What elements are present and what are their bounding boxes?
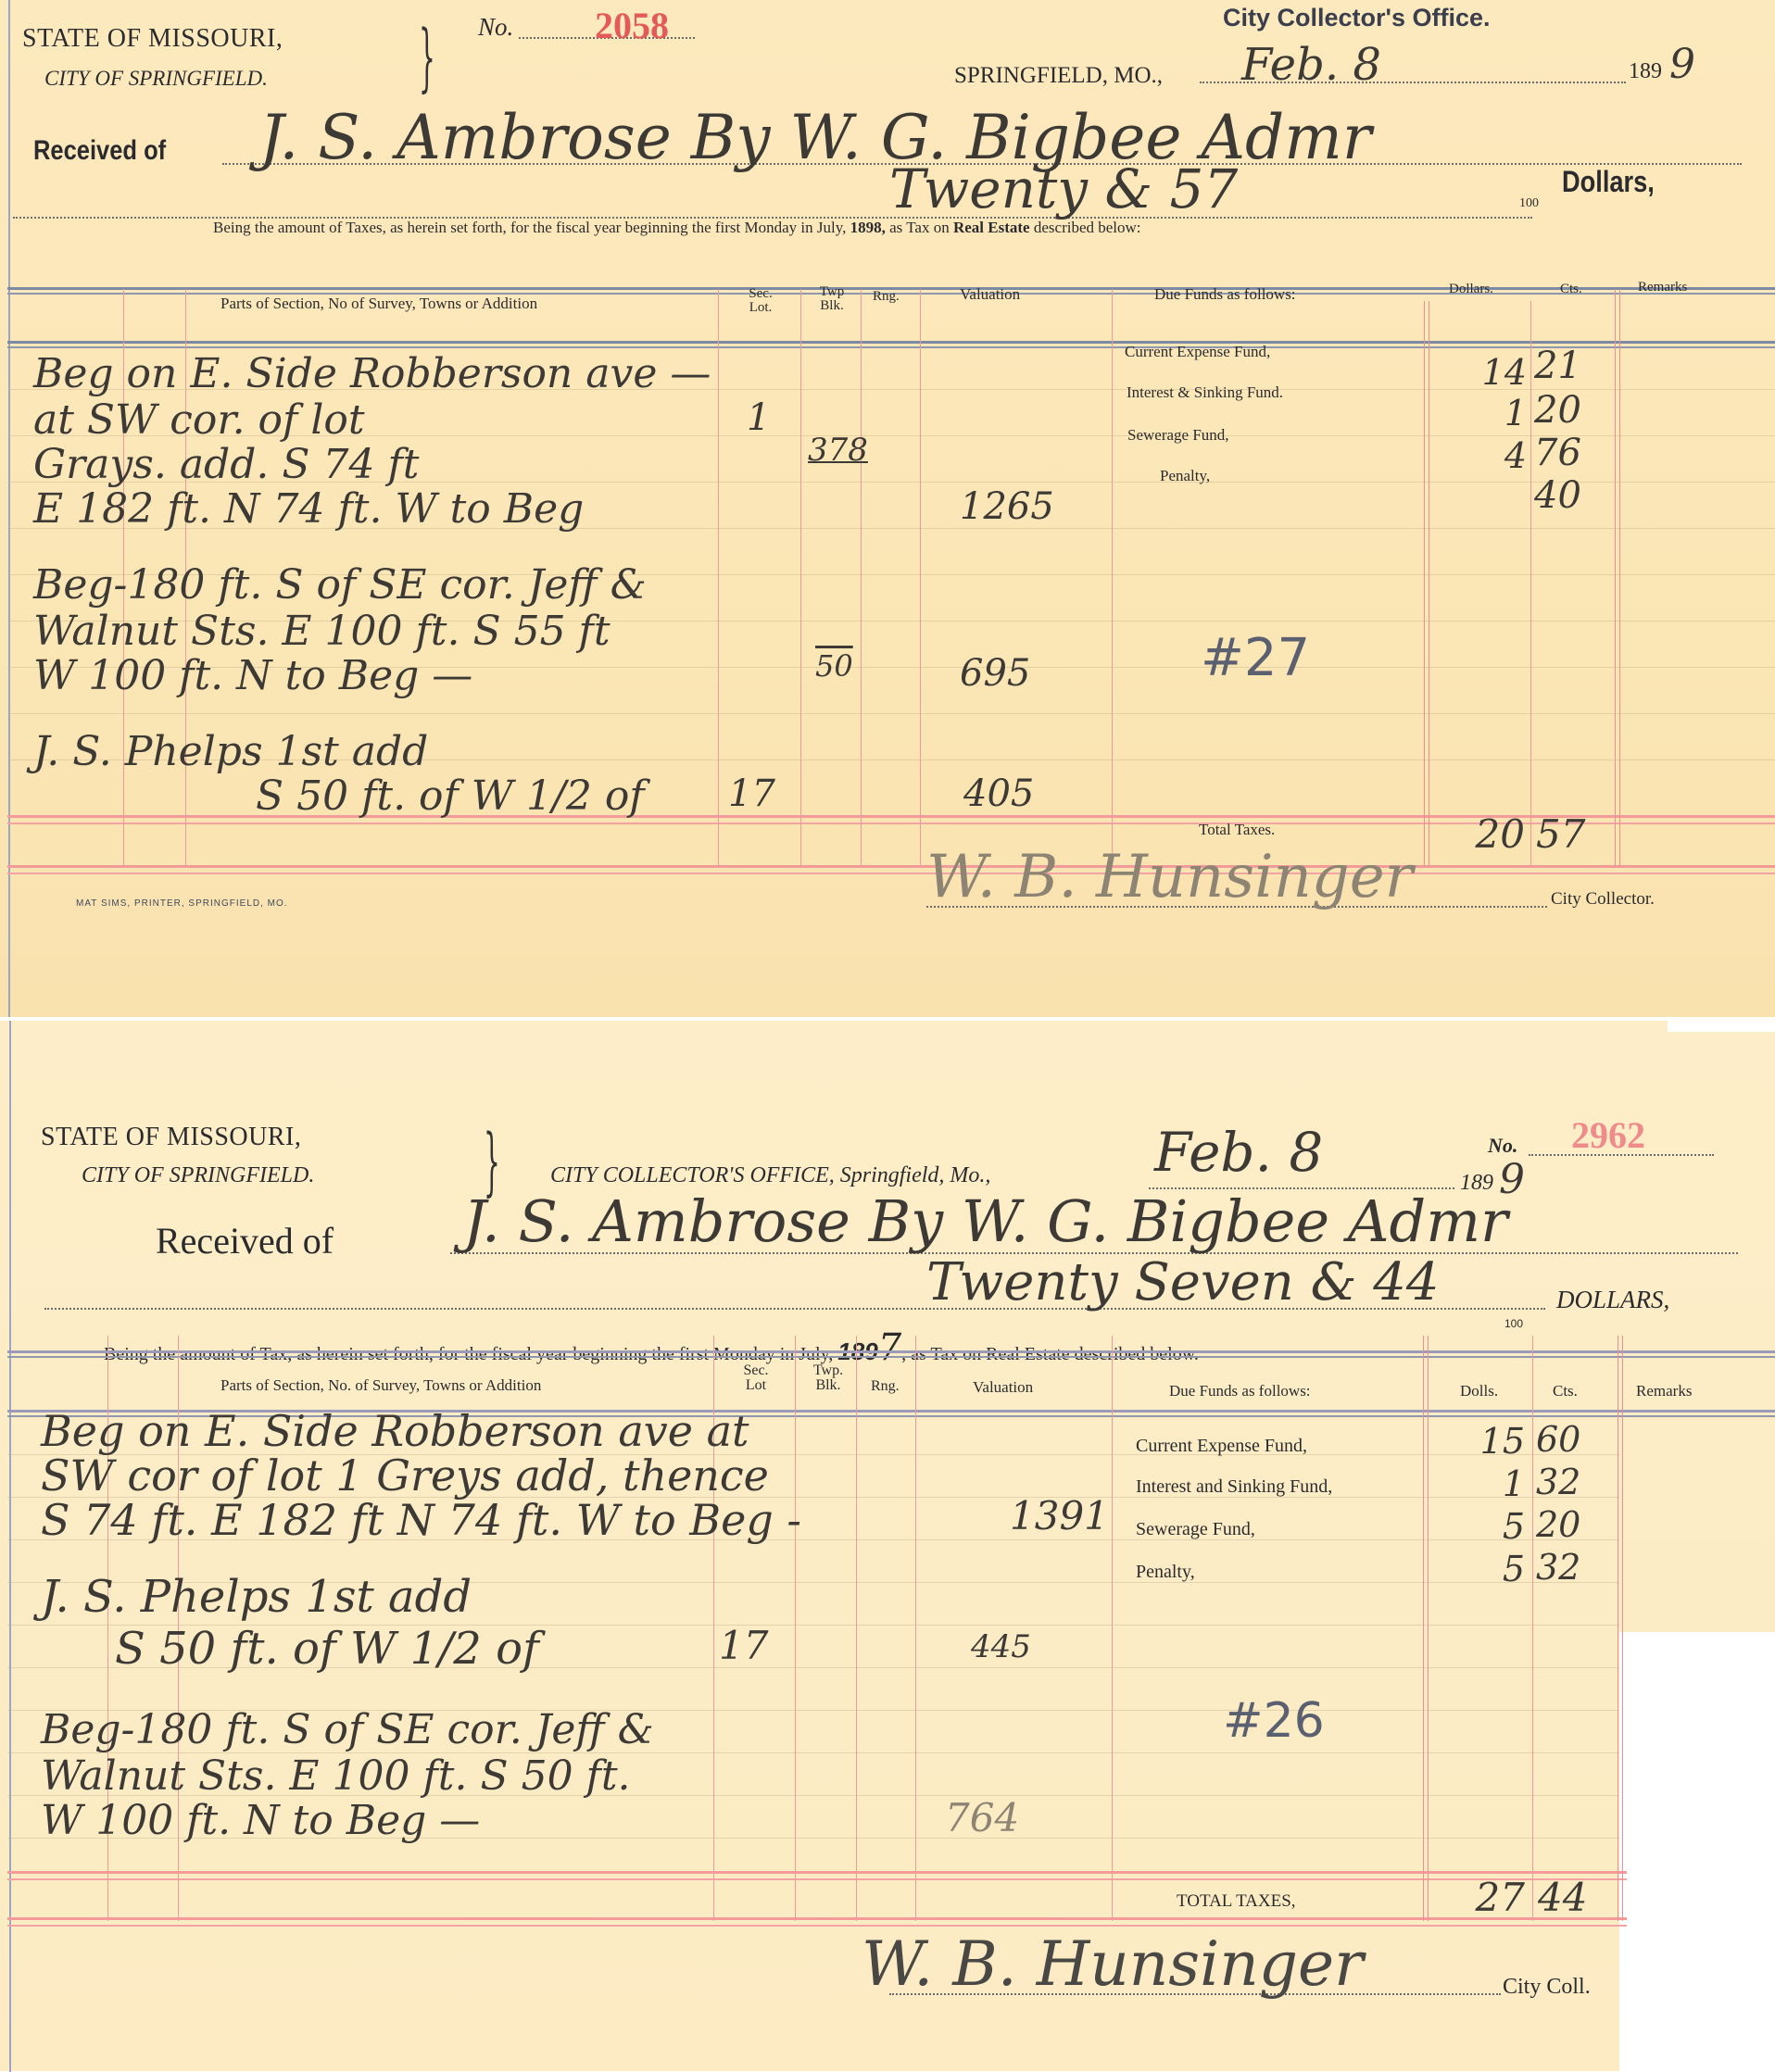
property-3-line-2: Walnut Sts. E 100 ft. S 50 ft. [41, 1752, 631, 1800]
col-header-rng: Rng. [873, 289, 900, 305]
property-2-line-3: W 100 ft. N to Beg — [33, 652, 472, 699]
no-label: No. [478, 13, 513, 42]
col-header-remarks: Remarks [1638, 280, 1687, 295]
fund-sewerage: Sewerage Fund, [1127, 426, 1229, 445]
office-place-label: CITY COLLECTOR'S OFFICE, Springfield, Mo… [550, 1163, 990, 1188]
date-handwritten: Feb. 8 [1154, 1121, 1323, 1184]
received-of-label: Received of [156, 1219, 334, 1262]
fund-penalty: Penalty, [1160, 467, 1210, 485]
property-1-line-3: S 74 ft. E 182 ft N 74 ft. W to Beg - [41, 1495, 801, 1545]
fund-current-expense: Current Expense Fund, [1125, 343, 1270, 361]
received-of-label: Received of [33, 135, 166, 167]
property-3-line-3: W 100 ft. N to Beg — [41, 1797, 480, 1844]
property-2-valuation: 695 [960, 652, 1030, 695]
fund-penalty-dollars: 5 [1451, 1549, 1525, 1589]
fund-interest-sinking: Interest & Sinking Fund. [1127, 383, 1283, 402]
receipt-number: 2962 [1571, 1113, 1645, 1157]
collector-title: City Collector. [1551, 889, 1655, 910]
payer-handwritten: J. S. Ambrose By W. G. Bigbee Admr [463, 1187, 1508, 1255]
cents-denominator: 100 [1519, 196, 1539, 211]
property-2-sec-lot: 17 [719, 1623, 768, 1668]
collector-signature: W. B. Hunsinger [862, 1928, 1364, 2000]
fund-current-expense-cents: 60 [1536, 1419, 1580, 1460]
table-body-bottom-rule [7, 1871, 1627, 1874]
property-3-valuation: 405 [963, 772, 1034, 815]
office-label: City Collector's Office. [1223, 4, 1490, 32]
description-text: Being the amount of Taxes, as herein set… [213, 219, 1141, 237]
dollars-label: DOLLARS, [1556, 1286, 1669, 1314]
property-1-valuation: 1391 [1010, 1493, 1109, 1538]
margin-line [9, 1021, 11, 2072]
property-1-line-3: Grays. add. S 74 ft [33, 441, 419, 488]
property-2-valuation: 445 [971, 1628, 1031, 1665]
col-header-twp-blk: Twp Blk. [812, 285, 852, 313]
property-1-line-4: E 182 ft. N 74 ft. W to Beg [33, 485, 584, 533]
torn-corner [1619, 1632, 1775, 2072]
total-cents: 44 [1538, 1875, 1587, 1920]
property-3-line-2: S 50 ft. of W 1/2 of [256, 772, 645, 820]
fund-penalty-cents: 32 [1536, 1547, 1580, 1588]
col-header-twp-blk: Twp. Blk. [808, 1363, 849, 1393]
fund-sewerage-dollars: 5 [1451, 1506, 1525, 1547]
amount-words-handwritten: Twenty Seven & 44 [926, 1252, 1440, 1312]
col-header-due-funds: Due Funds as follows: [1154, 285, 1296, 304]
brace-glyph: } [419, 20, 435, 94]
col-header-parts: Parts of Section, No. of Survey, Towns o… [220, 1376, 541, 1395]
col-header-rng: Rng. [871, 1378, 900, 1395]
fund-sewerage-dollars: 4 [1453, 435, 1527, 476]
date-handwritten: Feb. 8 [1241, 39, 1381, 91]
property-2-line-2: Walnut Sts. E 100 ft. S 55 ft [33, 608, 611, 655]
col-header-sec-lot: Sec. Lot. [737, 287, 784, 315]
fund-current-expense-dollars: 15 [1451, 1421, 1525, 1462]
pencil-note: #27 [1201, 628, 1310, 688]
property-1-line-2: at SW cor. of lot [33, 396, 365, 444]
col-header-cents: Cts. [1553, 1382, 1578, 1400]
fund-interest-sinking: Interest and Sinking Fund, [1136, 1476, 1332, 1498]
property-1-line-1: Beg on E. Side Robberson ave at [41, 1406, 749, 1456]
table-total-bottom-rule [7, 1917, 1627, 1920]
property-3-valuation: 764 [945, 1795, 1019, 1840]
tax-receipt-2058: STATE OF MISSOURI, CITY OF SPRINGFIELD. … [0, 0, 1775, 1017]
property-1-line-1: Beg on E. Side Robberson ave — [33, 350, 711, 397]
year-prefix: 189 [1629, 59, 1662, 84]
fund-interest-sinking-cents: 32 [1536, 1462, 1580, 1502]
receipt-number: 2058 [595, 4, 669, 47]
fund-current-expense-cents: 21 [1534, 345, 1581, 387]
property-2-line-1: Beg-180 ft. S of SE cor. Jeff & [33, 561, 647, 609]
property-2-twp-blk: 50 [815, 648, 853, 684]
state-label: STATE OF MISSOURI, [41, 1123, 301, 1152]
fund-interest-sinking-cents: 20 [1534, 389, 1581, 432]
fund-current-expense: Current Expense Fund, [1136, 1436, 1307, 1457]
fund-current-expense-dollars: 14 [1453, 352, 1527, 393]
col-header-valuation: Valuation [973, 1378, 1033, 1397]
fund-interest-sinking-dollars: 1 [1451, 1463, 1525, 1504]
property-1-twp-blk: 378 [808, 432, 868, 469]
col-header-remarks: Remarks [1636, 1382, 1692, 1400]
property-3-line-1: Beg-180 ft. S of SE cor. Jeff & [41, 1706, 654, 1753]
collector-signature: W. B. Hunsinger [926, 843, 1413, 911]
fund-sewerage: Sewerage Fund, [1136, 1519, 1255, 1540]
col-header-cents: Cts. [1560, 282, 1582, 297]
total-cents: 57 [1536, 811, 1585, 857]
col-header-parts: Parts of Section, No of Survey, Towns or… [220, 295, 537, 313]
property-1-sec-lot: 1 [747, 396, 770, 439]
fund-penalty-cents: 40 [1534, 474, 1581, 517]
dollars-label: Dollars, [1562, 165, 1655, 199]
table-top-rule [7, 1350, 1775, 1353]
state-label: STATE OF MISSOURI, [22, 24, 283, 54]
fund-sewerage-cents: 20 [1536, 1504, 1580, 1545]
fund-sewerage-cents: 76 [1534, 432, 1581, 474]
property-3-sec-lot: 17 [728, 772, 775, 815]
property-1-valuation: 1265 [960, 485, 1054, 528]
col-header-valuation: Valuation [960, 285, 1020, 304]
cents-denominator: 100 [1504, 1317, 1523, 1330]
total-dollars: 20 [1451, 811, 1525, 857]
col-header-dollars: Dolls. [1460, 1382, 1498, 1400]
property-3-line-1: J. S. Phelps 1st add [33, 728, 428, 775]
fund-interest-sinking-dollars: 1 [1453, 393, 1527, 433]
tax-receipt-2962: STATE OF MISSOURI, CITY OF SPRINGFIELD. … [0, 1021, 1775, 2072]
property-2-line-1: J. S. Phelps 1st add [41, 1571, 472, 1623]
city-label: CITY OF SPRINGFIELD. [44, 67, 268, 91]
table-header-rule [7, 341, 1775, 344]
no-label: No. [1488, 1134, 1517, 1158]
total-taxes-label: TOTAL TAXES, [1177, 1891, 1296, 1912]
pencil-note: #26 [1223, 1693, 1325, 1749]
property-1-line-2: SW cor of lot 1 Greys add, thence [41, 1450, 769, 1501]
total-taxes-label: Total Taxes. [1199, 821, 1275, 839]
printer-imprint: MAT SIMS, PRINTER, SPRINGFIELD, MO. [76, 898, 288, 909]
year-handwritten: 9 [1669, 41, 1695, 88]
table-total-bottom-rule [7, 865, 1775, 868]
place-label: SPRINGFIELD, MO., [954, 63, 1163, 89]
col-header-sec-lot: Sec. Lot [734, 1363, 778, 1393]
fund-penalty: Penalty, [1136, 1562, 1195, 1583]
description-text: Being the amount of Tax, as herein set f… [104, 1326, 1199, 1369]
total-dollars: 27 [1451, 1875, 1525, 1920]
property-2-line-2: S 50 ft. of W 1/2 of [115, 1623, 539, 1675]
col-header-dollars: Dollars. [1449, 282, 1493, 297]
collector-title: City Coll. [1503, 1975, 1591, 2000]
city-label: CITY OF SPRINGFIELD. [82, 1163, 314, 1188]
col-header-due-funds: Due Funds as follows: [1169, 1382, 1311, 1400]
amount-words-handwritten: Twenty & 57 [889, 157, 1238, 220]
